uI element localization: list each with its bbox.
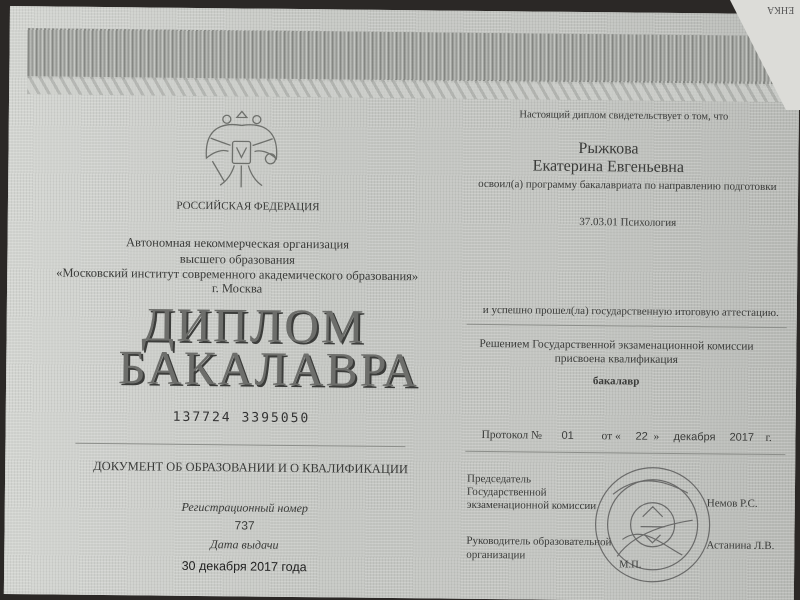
student-given-names: Екатерина Евгеньевна [508,157,708,177]
date-from-label: от « [601,430,620,442]
document-type: ДОКУМЕНТ ОБ ОБРАЗОВАНИИ И О КВАЛИФИКАЦИИ [93,459,408,477]
program-text: освоил(а) программу бакалавриата по напр… [478,178,776,193]
issue-date-label: Дата выдачи [144,536,344,553]
head-label-1: Руководитель образовательной [466,535,611,549]
country-name: РОССИЙСКАЯ ФЕДЕРАЦИЯ [138,199,358,213]
day-close-quote: » [653,431,659,443]
diploma-title-line-2: БАКАЛАВРА [118,340,419,398]
head-label-2: организации [466,549,525,562]
qualification: бакалавр [566,375,666,388]
chair-label-3: экзаменационной комиссии [467,499,597,512]
corner-text: ЕНКА [767,4,794,15]
attestation-text: и успешно прошел(ла) государственную ито… [483,304,779,319]
seal-mark: М.П. [619,559,641,570]
org-city: г. Москва [67,280,407,299]
chair-label-1: Председатель [467,473,531,486]
decision-line-1: Решением Государственной экзаменационной… [466,338,766,353]
registration-number: 737 [145,517,345,533]
issue-date: 30 декабря 2017 года [144,558,344,574]
chair-label-2: Государственной [467,486,547,499]
year-suffix: г. [765,432,771,444]
official-seal-icon [592,464,713,585]
diploma-sheet: РОССИЙСКАЯ ФЕДЕРАЦИЯ Автономная некоммер… [4,6,800,600]
student-surname: Рыжкова [508,139,708,159]
divider [465,451,785,455]
decision-line-2: присвоена квалификация [466,352,766,367]
intro-text: Настоящий диплом свидетельствует о том, … [489,109,759,123]
head-name: Астанина Л.В. [706,539,774,552]
protocol-number: 01 [561,430,573,442]
divider [467,324,787,328]
protocol-month: декабря [673,431,715,443]
protocol-day: 22 [635,431,647,443]
chair-name: Немов Р.С. [707,497,758,510]
serial-number: 137724 3395050 [173,410,311,426]
divider [75,443,405,447]
registration-label: Регистрационный номер [145,499,345,516]
protocol-label: Протокол № [481,429,542,442]
protocol-year: 2017 [729,432,754,444]
program-name: 37.03.01 Психология [548,216,708,230]
coat-of-arms-icon [196,103,287,199]
guilloche-border [27,28,789,86]
